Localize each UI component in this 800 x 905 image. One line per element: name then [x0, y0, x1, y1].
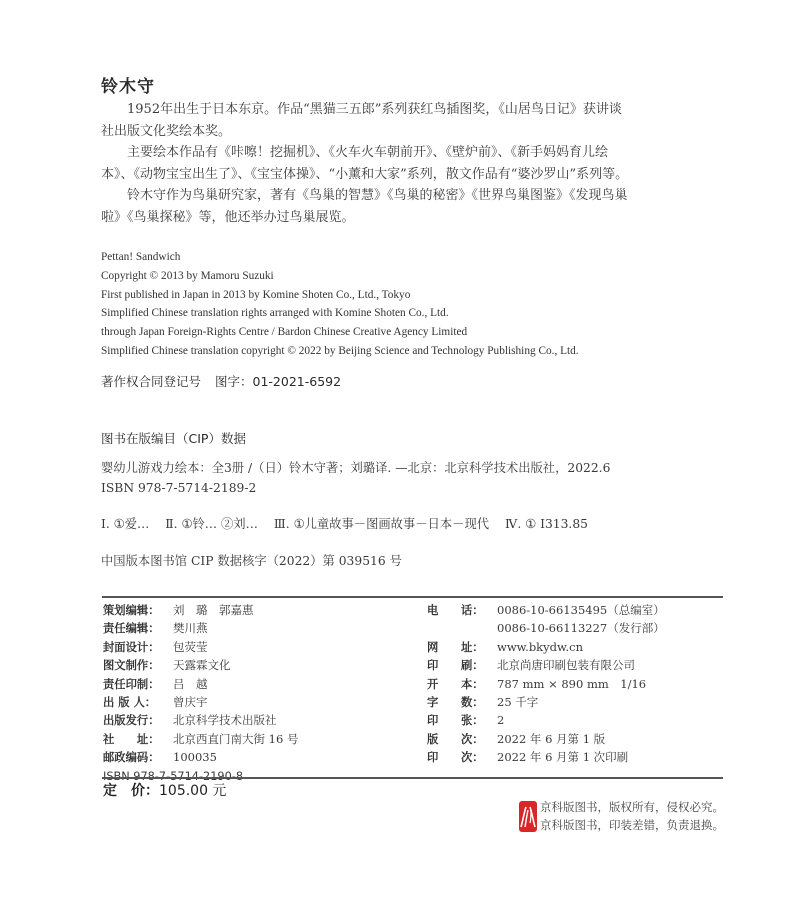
- credit-value: 天露霖文化: [173, 658, 231, 672]
- credit-row: 字数：25 千字: [427, 693, 665, 711]
- price-label: 价：: [131, 783, 159, 799]
- cip-title: 图书在版编目（CIP）数据: [101, 429, 246, 447]
- credit-row: 责任印制：吕 越: [103, 675, 298, 693]
- cip-description: 婴幼儿游戏力绘本：全3册 /（日）铃木守著；刘璐译. —北京：北京科学技术出版社…: [101, 458, 610, 476]
- copyright-notice: 京科版图书，版权所有，侵权必究。 京科版图书，印装差错，负责退换。: [540, 798, 724, 834]
- credit-label: 图文制作：: [103, 657, 173, 675]
- original-title: Pettan! Sandwich: [101, 248, 579, 267]
- divider-top: [102, 596, 723, 598]
- translation-copyright-line: Simplified Chinese translation copyright…: [101, 342, 579, 361]
- rights-block: Pettan! Sandwich Copyright © 2013 by Mam…: [101, 248, 579, 361]
- credit-row: 印刷：北京尚唐印刷包装有限公司: [427, 656, 665, 674]
- credit-label: 话：: [461, 604, 484, 617]
- credits-right-column: 电话：0086-10-66135495（总编室） 0086-10-6611322…: [427, 601, 665, 767]
- credit-row: 版次：2022 年 6 月第 1 版: [427, 730, 665, 748]
- cip-isbn: ISBN 978-7-5714-2189-2: [101, 481, 256, 495]
- credit-value: 2022 年 6 月第 1 次印刷: [497, 750, 628, 764]
- registration-number: 图字：01-2021-6592: [215, 374, 341, 389]
- credit-label: 址：: [461, 641, 484, 654]
- credit-label: 数：: [461, 696, 484, 709]
- cip-classification: Ⅰ. ①爱…Ⅱ. ①铃… ②刘…Ⅲ. ①儿童故事－图画故事－日本－现代Ⅳ. ① …: [101, 514, 588, 532]
- credit-value: 787 mm × 890 mm 1/16: [497, 677, 646, 691]
- credit-label: 印: [427, 749, 461, 767]
- credit-value: 吕 越: [173, 677, 208, 691]
- credit-row: 邮政编码：100035: [103, 748, 298, 766]
- cip-approval-number: 中国版本图书馆 CIP 数据核字（2022）第 039516 号: [101, 551, 402, 569]
- credit-row: 电话：0086-10-66135495（总编室）: [427, 601, 665, 619]
- credit-value: 包荧莹: [173, 640, 208, 654]
- credit-value: 0086-10-66113227（发行部）: [497, 621, 665, 635]
- bio-paragraph: 主要绘本作品有《咔嚓！挖掘机》、《火车火车朝前开》、《壁炉前》、《新手妈妈育儿绘…: [101, 142, 631, 185]
- first-published-line: First published in Japan in 2013 by Komi…: [101, 286, 579, 305]
- bio-paragraph: 铃木守作为鸟巢研究家，著有《鸟巢的智慧》《鸟巢的秘密》《世界鸟巢图鉴》《发现鸟巢…: [101, 185, 631, 228]
- author-bio: 1952年出生于日本东京。作品“黑猫三五郎”系列获红鸟插图奖，《山居鸟日记》获讲…: [101, 99, 631, 228]
- credit-row: 印张：2: [427, 711, 665, 729]
- credits-left-column: 策划编辑：刘 璐 郭嘉惠 责任编辑：樊川燕 封面设计：包荧莹 图文制作：天露霖文…: [103, 601, 298, 785]
- cip-class-2: Ⅱ. ①铃… ②刘…: [165, 517, 258, 531]
- registration-label: 著作权合同登记号: [101, 374, 201, 389]
- credit-label: 策划编辑：: [103, 602, 173, 620]
- credit-value: 曾庆宇: [173, 695, 208, 709]
- credit-row: 责任编辑：樊川燕: [103, 619, 298, 637]
- credit-label: 电: [427, 602, 461, 620]
- credit-label: 出版发行：: [103, 712, 173, 730]
- website-value: www.bkydw.cn: [497, 640, 583, 654]
- credit-row: 0086-10-66113227（发行部）: [427, 619, 665, 637]
- credit-value: 樊川燕: [173, 621, 208, 635]
- credit-value: 北京尚唐印刷包装有限公司: [497, 658, 635, 672]
- notice-line: 京科版图书，印装差错，负责退换。: [540, 816, 724, 834]
- bio-paragraph: 1952年出生于日本东京。作品“黑猫三五郎”系列获红鸟插图奖，《山居鸟日记》获讲…: [101, 99, 631, 142]
- credit-label: 封面设计：: [103, 639, 173, 657]
- credit-label: 开: [427, 676, 461, 694]
- price-label: 定: [103, 780, 131, 800]
- credit-label: 社 址：: [103, 731, 173, 749]
- credit-label: 版: [427, 731, 461, 749]
- credit-row: 网址：www.bkydw.cn: [427, 638, 665, 656]
- translation-rights-line: Simplified Chinese translation rights ar…: [101, 304, 579, 323]
- credit-label: 网: [427, 639, 461, 657]
- credit-label: 邮政编码：: [103, 749, 173, 767]
- credit-value: 0086-10-66135495（总编室）: [497, 603, 665, 617]
- credit-value: 2022 年 6 月第 1 版: [497, 732, 605, 746]
- credit-row: 印次：2022 年 6 月第 1 次印刷: [427, 748, 665, 766]
- credit-value: 刘 璐 郭嘉惠: [173, 603, 254, 617]
- notice-line: 京科版图书，版权所有，侵权必究。: [540, 798, 724, 816]
- credit-row: 出 版 人：曾庆宇: [103, 693, 298, 711]
- credit-label: 次：: [461, 751, 484, 764]
- copyright-registration: 著作权合同登记号图字：01-2021-6592: [101, 372, 341, 390]
- credit-value: 25 千字: [497, 695, 538, 709]
- credit-row: 出版发行：北京科学技术出版社: [103, 711, 298, 729]
- cip-class-4: Ⅳ. ① I313.85: [505, 517, 588, 531]
- author-name-heading: 铃木守: [101, 72, 155, 97]
- credit-value: 北京科学技术出版社: [173, 713, 277, 727]
- credit-label: 字: [427, 694, 461, 712]
- credit-value: 2: [497, 713, 504, 727]
- cip-class-1: Ⅰ. ①爱…: [101, 517, 149, 531]
- credit-row: 策划编辑：刘 璐 郭嘉惠: [103, 601, 298, 619]
- divider-bottom: [102, 777, 723, 779]
- credit-row: 封面设计：包荧莹: [103, 638, 298, 656]
- price-value: 105.00 元: [159, 783, 226, 799]
- credit-label: 出 版 人：: [103, 694, 173, 712]
- credit-value: 100035: [173, 750, 217, 764]
- credit-label: 次：: [461, 733, 484, 746]
- credit-label: 刷：: [461, 659, 484, 672]
- credit-value: 北京西直门南大街 16 号: [173, 732, 298, 746]
- copyright-line: Copyright © 2013 by Mamoru Suzuki: [101, 267, 579, 286]
- price-line: 定价：105.00 元: [103, 780, 226, 800]
- credit-label: 印: [427, 712, 461, 730]
- credit-label: 责任印制：: [103, 676, 173, 694]
- credit-row: 图文制作：天露霖文化: [103, 656, 298, 674]
- credit-label: 张：: [461, 714, 484, 727]
- credit-row: 社 址：北京西直门南大街 16 号: [103, 730, 298, 748]
- cip-class-3: Ⅲ. ①儿童故事－图画故事－日本－现代: [274, 517, 489, 531]
- credit-row: 开本：787 mm × 890 mm 1/16: [427, 675, 665, 693]
- publisher-logo-icon: [519, 801, 537, 832]
- agency-line: through Japan Foreign-Rights Centre / Ba…: [101, 323, 579, 342]
- credit-label: 印: [427, 657, 461, 675]
- credit-label: 责任编辑：: [103, 620, 173, 638]
- credit-label: 本：: [461, 678, 484, 691]
